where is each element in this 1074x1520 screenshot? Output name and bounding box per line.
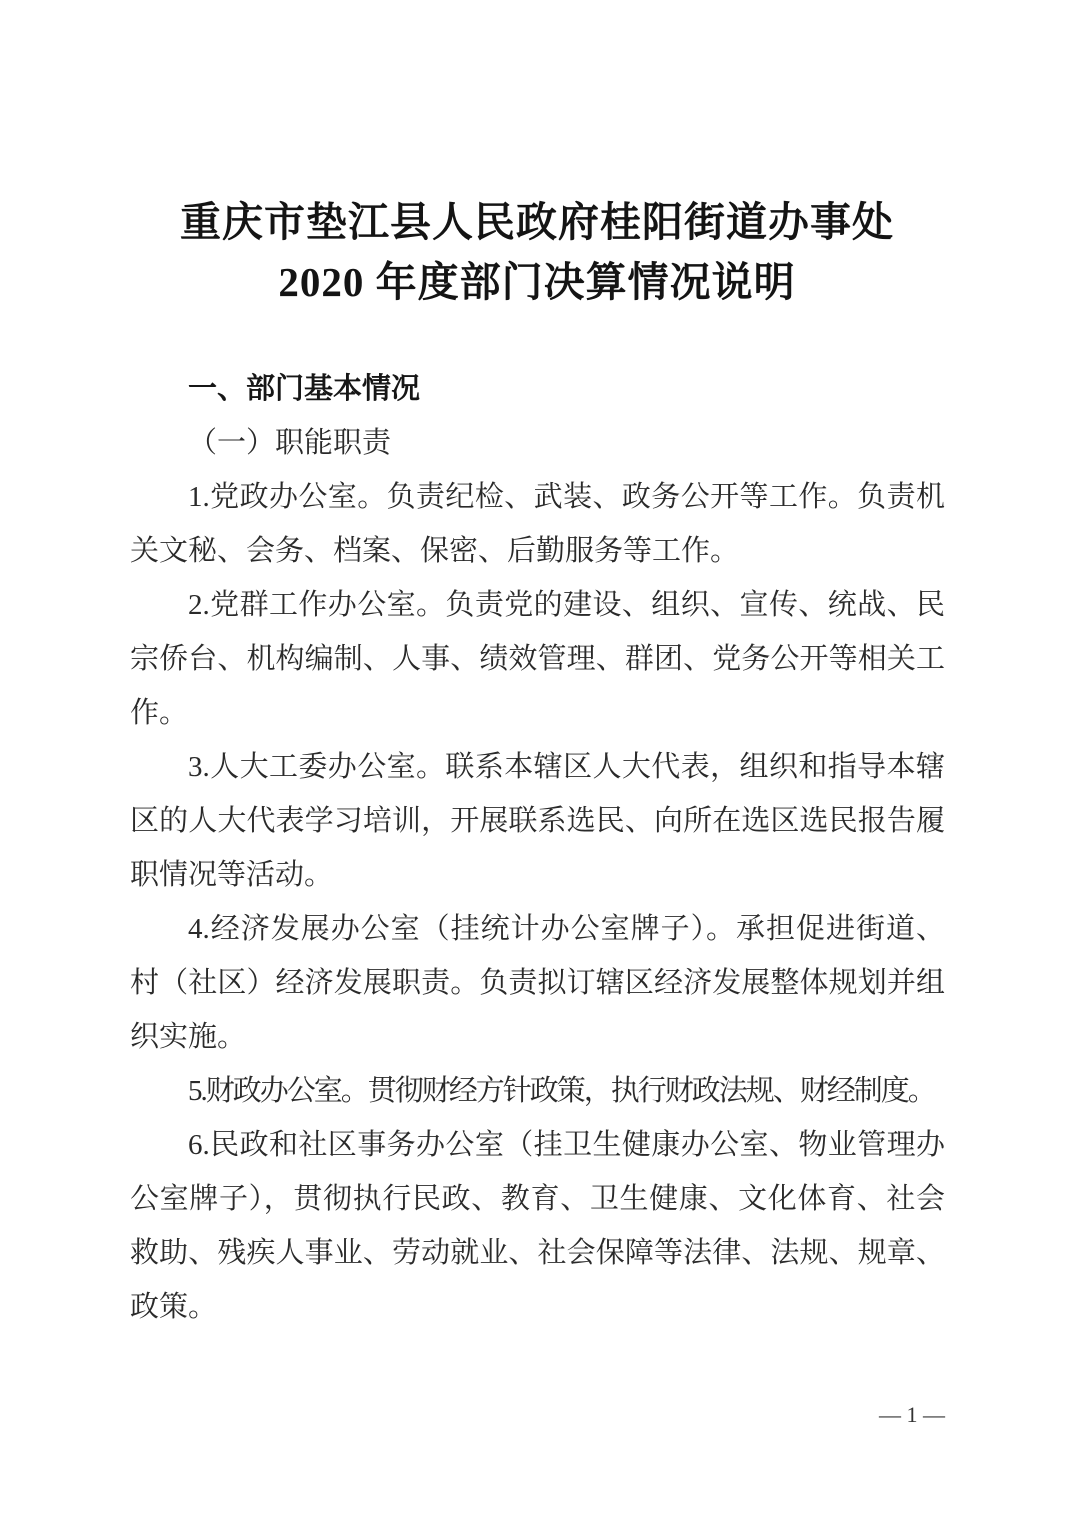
document-title-line1: 重庆市垫江县人民政府桂阳街道办事处 [0,192,1074,252]
document-body: 一、部门基本情况 （一）职能职责 1.党政办公室。负责纪检、武装、政务公开等工作… [130,362,945,1334]
body-paragraph-2: 2.党群工作办公室。负责党的建设、组织、宣传、统战、民宗侨台、机构编制、人事、绩… [130,578,945,740]
body-paragraph-1: 1.党政办公室。负责纪检、武装、政务公开等工作。负责机关文秘、会务、档案、保密、… [130,470,945,578]
subsection-heading: （一）职能职责 [130,416,945,470]
body-paragraph-4: 4.经济发展办公室（挂统计办公室牌子）。承担促进街道、村（社区）经济发展职责。负… [130,902,945,1064]
document-title-line2: 2020 年度部门决算情况说明 [0,252,1074,312]
body-paragraph-6: 6.民政和社区事务办公室（挂卫生健康办公室、物业管理办公室牌子），贯彻执行民政、… [130,1118,945,1334]
section-heading: 一、部门基本情况 [130,362,945,416]
document-page: 重庆市垫江县人民政府桂阳街道办事处 2020 年度部门决算情况说明 一、部门基本… [0,0,1074,1520]
body-paragraph-3: 3.人大工委办公室。联系本辖区人大代表，组织和指导本辖区的人大代表学习培训，开展… [130,740,945,902]
page-number: — 1 — [879,1400,945,1430]
document-title: 重庆市垫江县人民政府桂阳街道办事处 2020 年度部门决算情况说明 [0,192,1074,312]
body-paragraph-5: 5.财政办公室。贯彻财经方针政策，执行财政法规、财经制度。 [130,1064,945,1118]
